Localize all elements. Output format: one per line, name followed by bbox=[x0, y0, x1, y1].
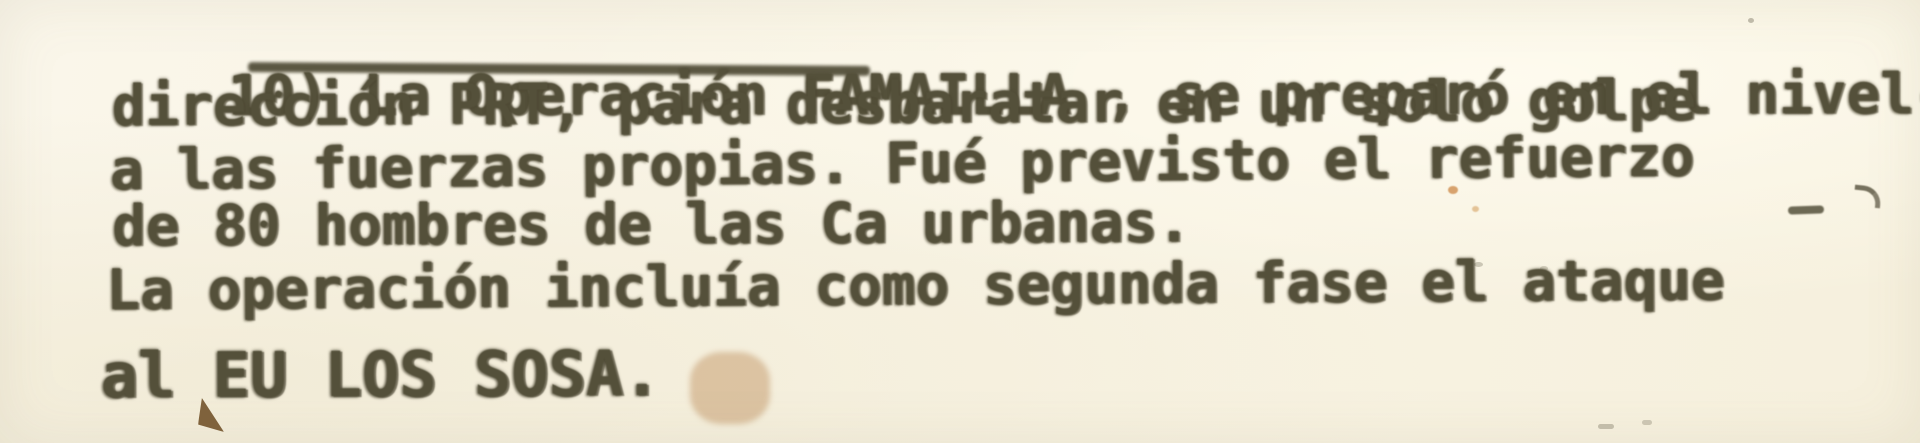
text-line-6: al EU LOS SOSA. bbox=[100, 343, 660, 407]
faded-ink-patch bbox=[690, 352, 770, 424]
faint-smudge-dash bbox=[1598, 424, 1614, 429]
rust-speck bbox=[1472, 206, 1479, 212]
faint-smudge-dot bbox=[1474, 262, 1483, 267]
faint-smudge-dot bbox=[1540, 266, 1548, 271]
faint-smudge-dot bbox=[1748, 18, 1754, 23]
typewritten-paragraph: 10)La Operación FAMAILLA , se preparó en… bbox=[0, 0, 1920, 443]
text-line-4: de 80 hombres de las Ca urbanas. bbox=[112, 195, 1191, 255]
scanned-document-page: 10)La Operación FAMAILLA , se preparó en… bbox=[0, 0, 1920, 443]
faint-smudge-dash bbox=[1642, 420, 1652, 425]
stray-dash-mark bbox=[1788, 205, 1824, 214]
rust-speck bbox=[1448, 186, 1458, 194]
